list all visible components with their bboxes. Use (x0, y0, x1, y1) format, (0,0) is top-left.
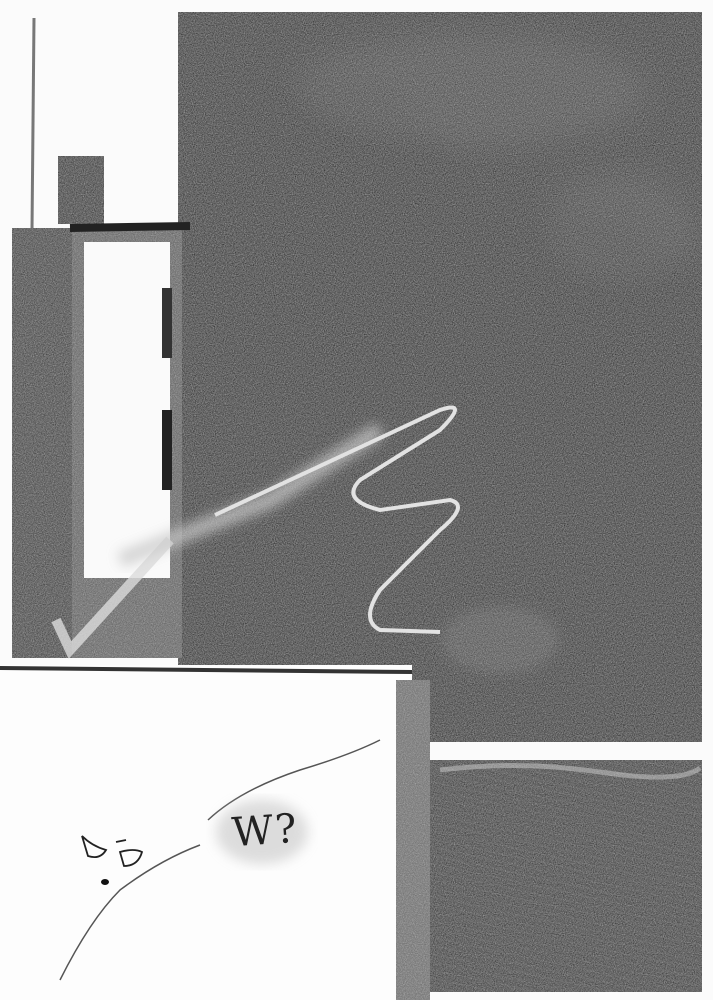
lower-right-block (430, 760, 702, 992)
thin-vertical-line (32, 18, 34, 230)
chimney (58, 156, 104, 224)
building-face (84, 242, 170, 578)
scribbled-text: W? (230, 806, 300, 857)
white-panel (0, 665, 430, 1000)
window-mark (162, 288, 172, 358)
building (12, 156, 190, 658)
charcoal-drawing (0, 0, 713, 1000)
dark-mass (178, 12, 702, 742)
panel-edge (396, 680, 430, 1000)
building-side (12, 228, 72, 658)
